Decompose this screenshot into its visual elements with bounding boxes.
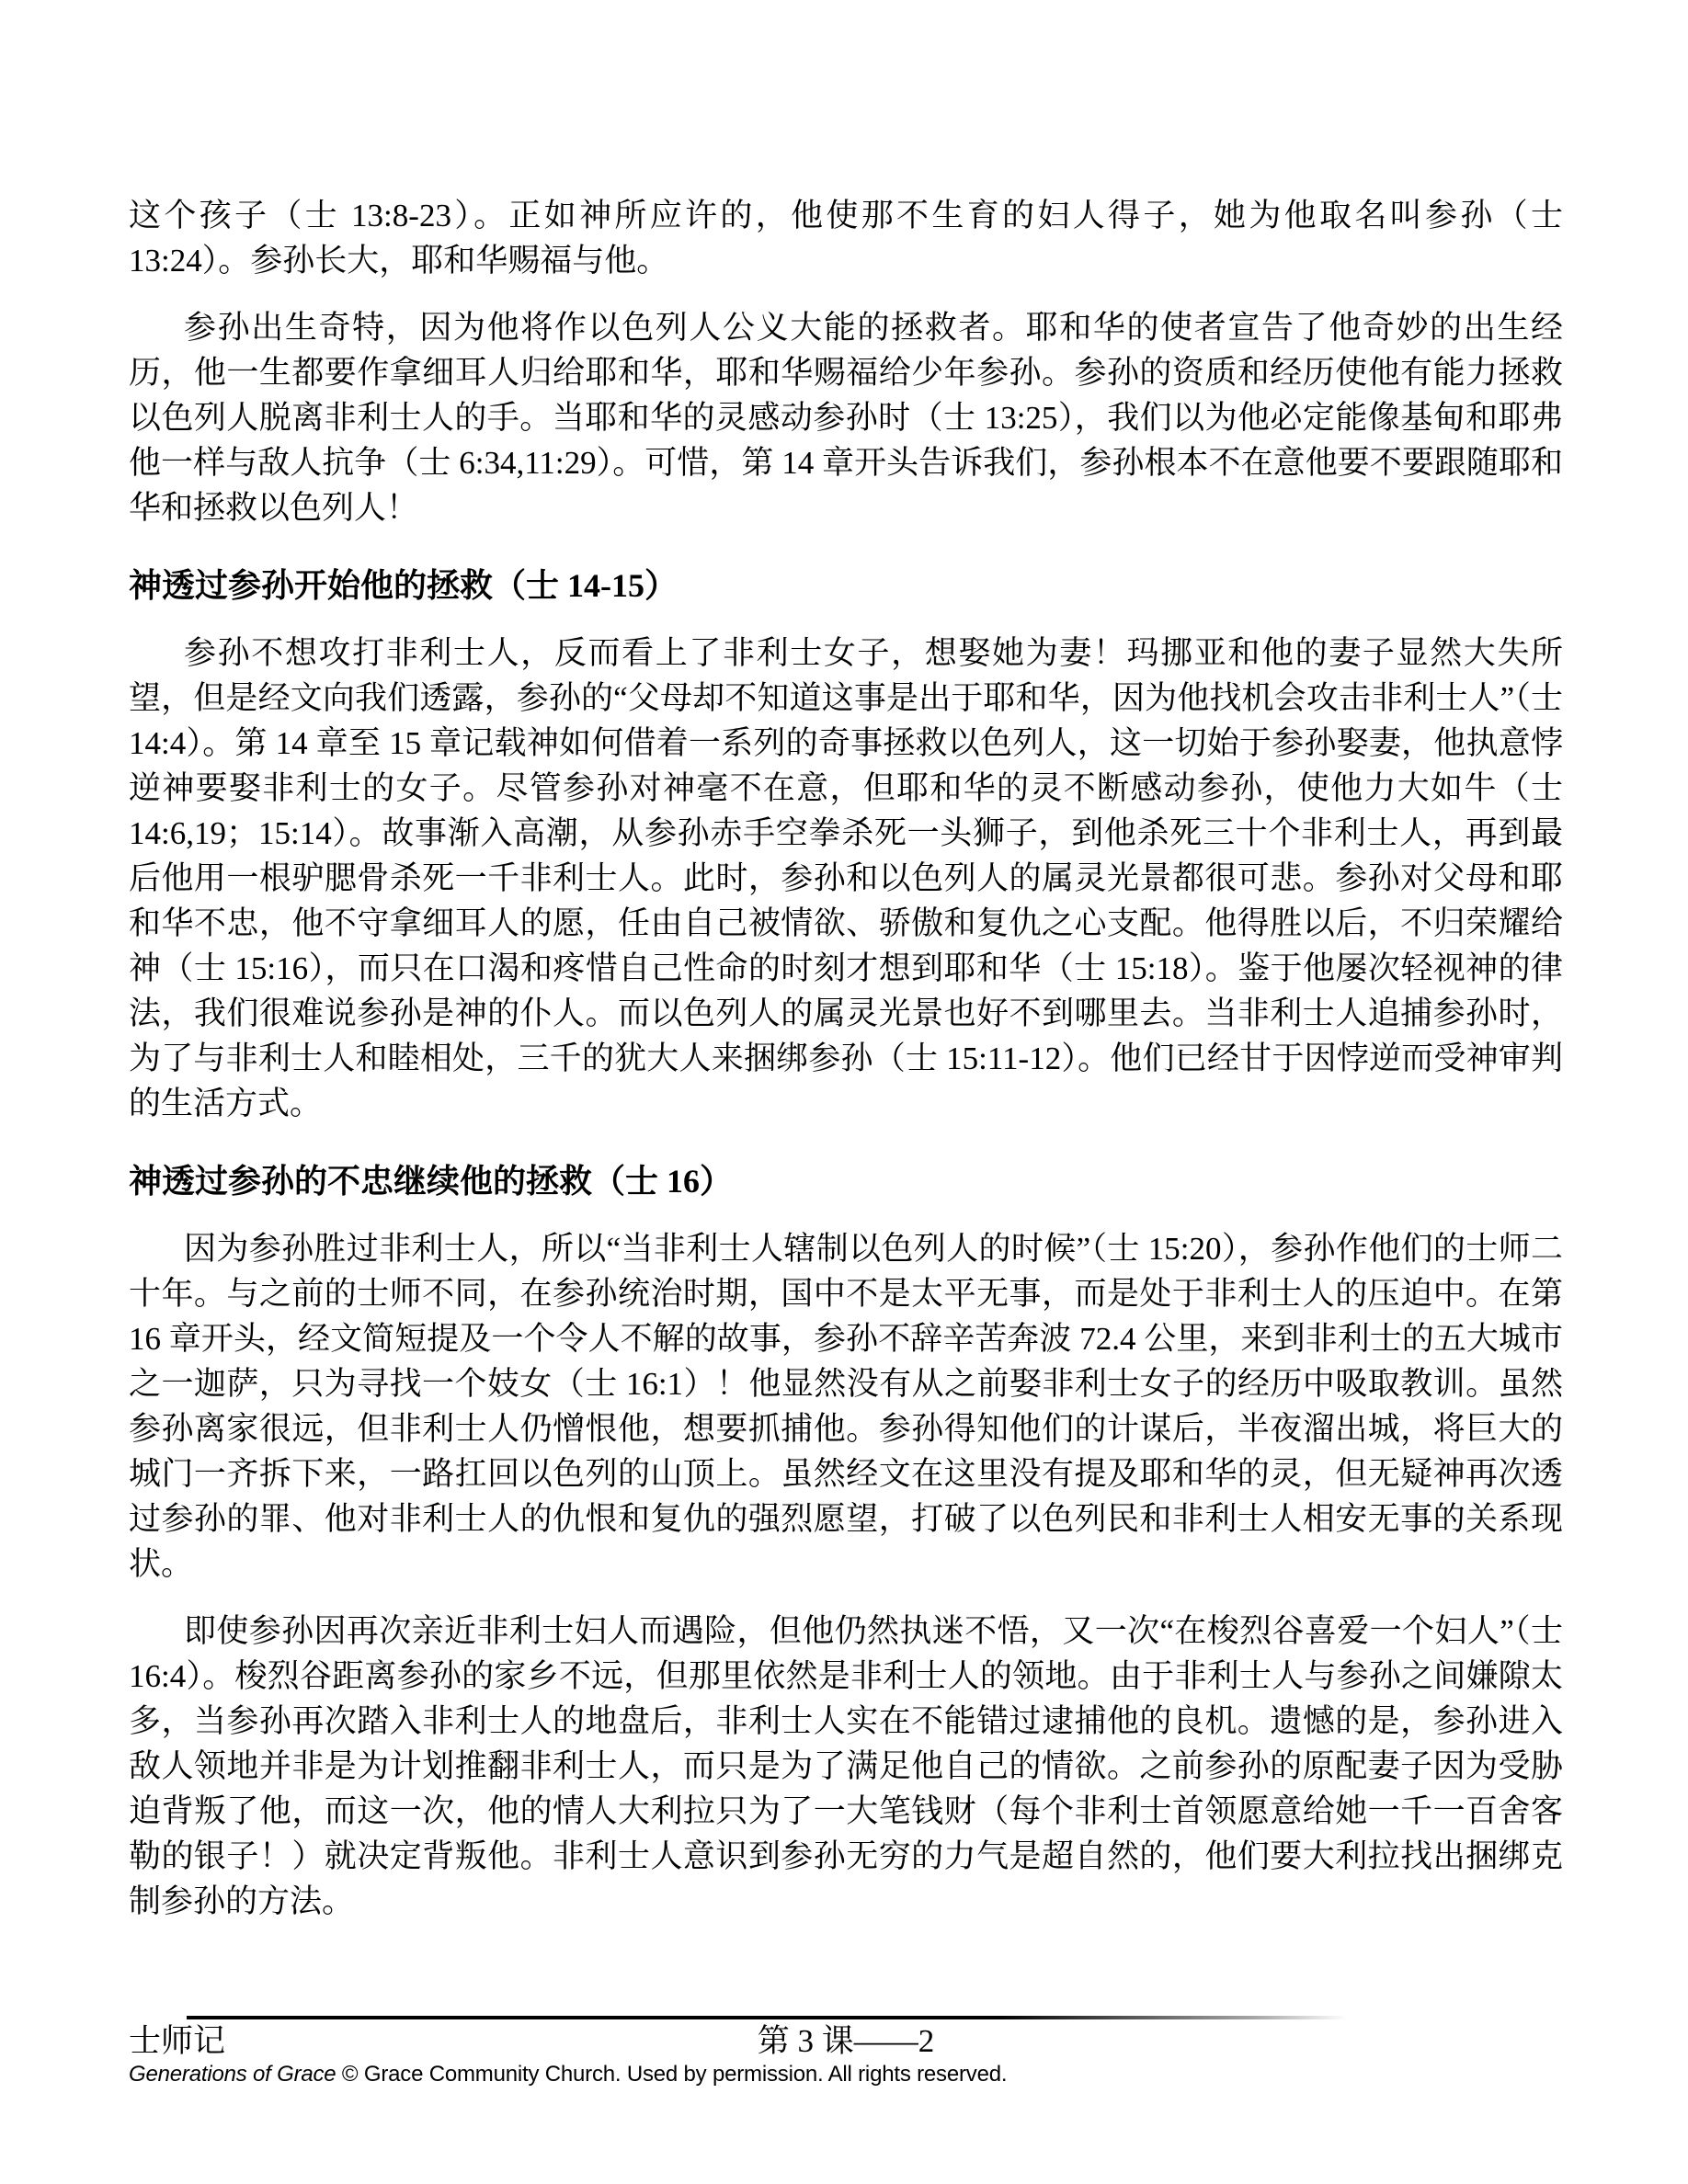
section-heading-judges-16: 神透过参孙的不忠继续他的拯救（士 16） (129, 1159, 1563, 1204)
section-heading-judges-14-15: 神透过参孙开始他的拯救（士 14-15） (129, 563, 1563, 609)
document-page-surface: 这个孩子（士 13:8-23）。正如神所应许的，他使那不生育的妇人得子，她为他取… (0, 0, 1688, 2184)
document-page: { "colors": { "background": "#ffffff", "… (0, 0, 1688, 2184)
paragraph-continuation: 这个孩子（士 13:8-23）。正如神所应许的，他使那不生育的妇人得子，她为他取… (129, 193, 1563, 283)
document-body: 这个孩子（士 13:8-23）。正如神所应许的，他使那不生育的妇人得子，她为他取… (129, 193, 1563, 1924)
paragraph: 参孙出生奇特，因为他将作以色列人公义大能的拯救者。耶和华的使者宣告了他奇妙的出生… (129, 305, 1563, 530)
footer: 士师记 第 3 课——2 (129, 2020, 1563, 2063)
paragraph: 即使参孙因再次亲近非利士妇人而遇险，但他仍然执迷不悟，又一次“在梭烈谷喜爱一个妇… (129, 1609, 1563, 1924)
footer-page-number: 第 3 课——2 (129, 2020, 1563, 2063)
footer-copyright: Generations of Grace © Grace Community C… (129, 2061, 1563, 2088)
footer-divider (187, 2016, 1347, 2019)
paragraph: 因为参孙胜过非利士人，所以“当非利士人辖制以色列人的时候”（士 15:20），参… (129, 1226, 1563, 1587)
copyright-series-title: Generations of Grace (129, 2062, 336, 2087)
copyright-text: © Grace Community Church. Used by permis… (336, 2062, 1007, 2087)
paragraph: 参孙不想攻打非利士人，反而看上了非利士女子，想娶她为妻！玛挪亚和他的妻子显然大失… (129, 631, 1563, 1126)
